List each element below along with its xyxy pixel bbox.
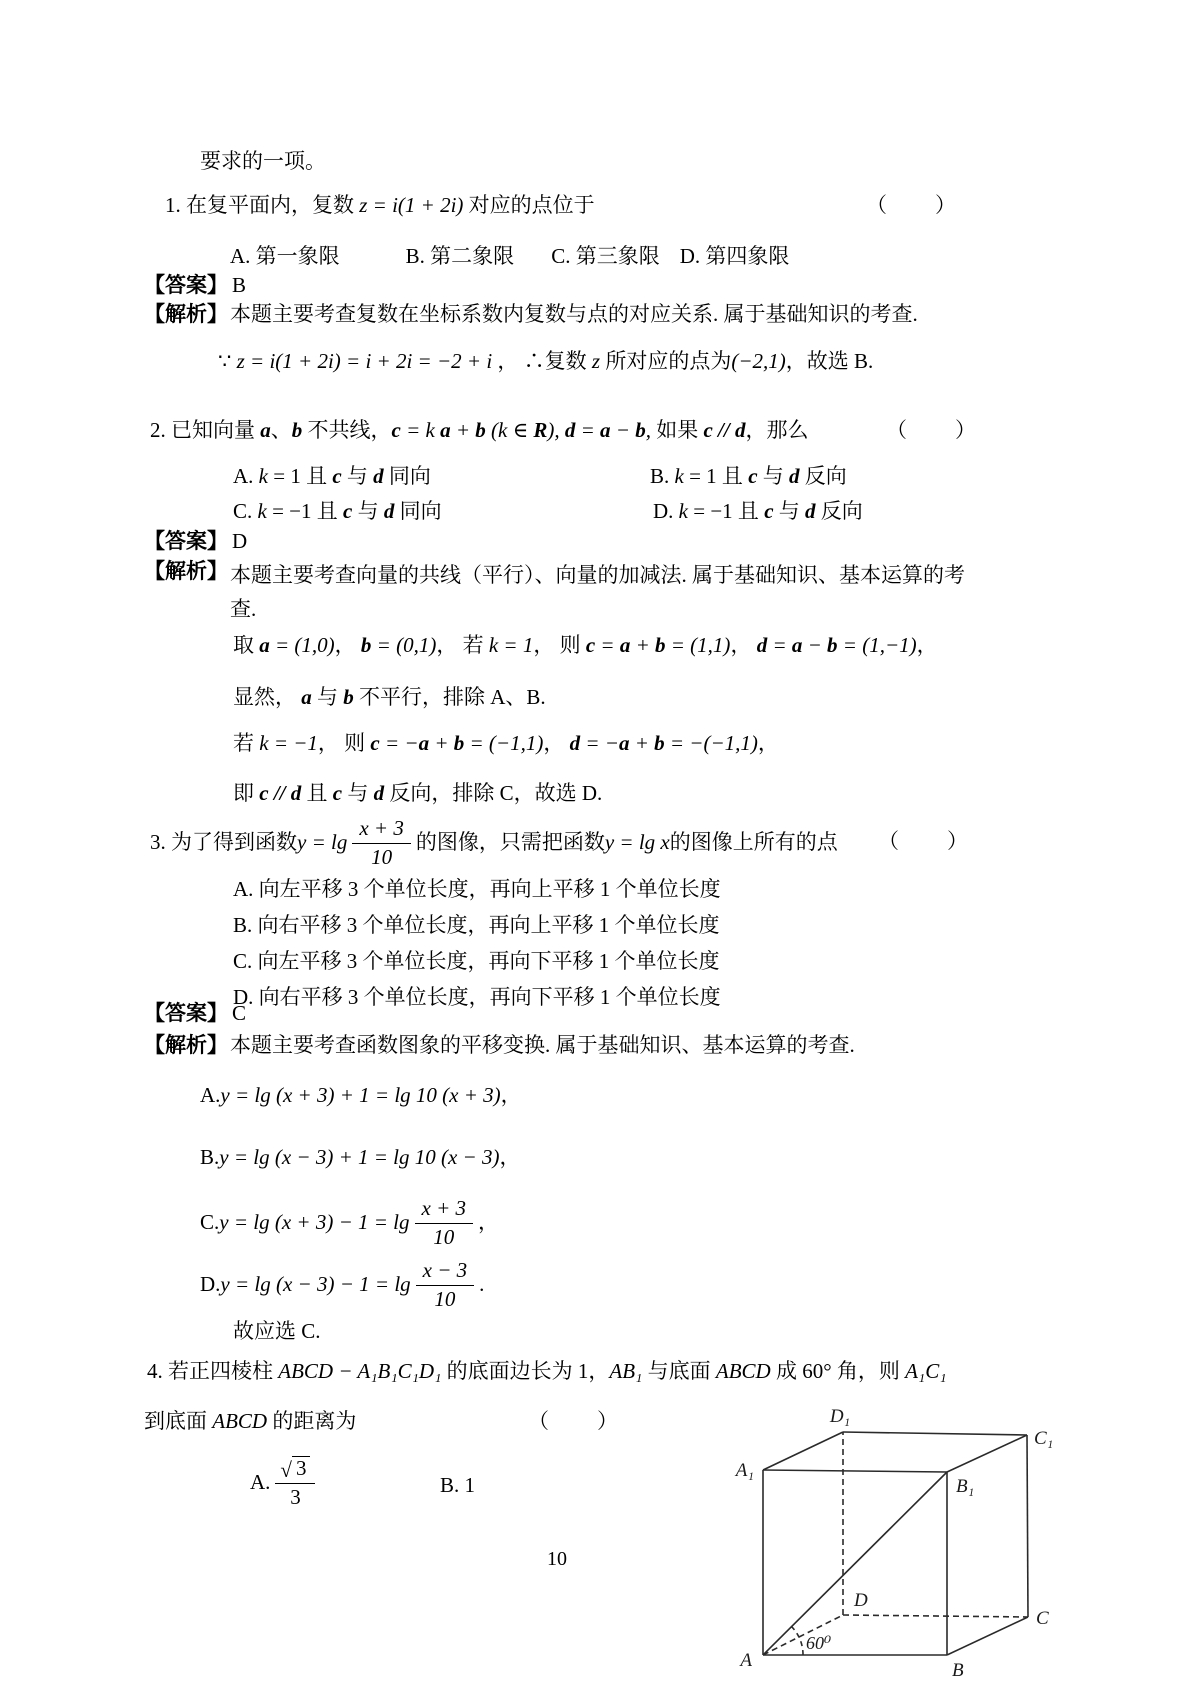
q4-answer-bracket: （ ）: [528, 1408, 620, 1435]
q2-analysis-label: 【解析】: [144, 558, 228, 626]
q2-option-a: A. k = 1 且 c 与 d 同向: [233, 463, 431, 490]
cube-edge-a1b1: [763, 1470, 947, 1472]
cube-edge-cc1: [1027, 1435, 1028, 1617]
intro-text: 要求的一项。: [200, 148, 326, 175]
q3-option-c: C. 向左平移 3 个单位长度，再向下平移 1 个单位长度: [233, 948, 720, 975]
q1-analysis-text: 本题主要考查复数在坐标系数内复数与点的对应关系. 属于基础知识的考查.: [230, 301, 918, 328]
q3-answer-bracket: （ ）: [878, 828, 970, 855]
q3-analysis-text: 本题主要考查函数图象的平移变换. 属于基础知识、基本运算的考查.: [230, 1032, 855, 1059]
cube-edge-bc: [947, 1617, 1028, 1655]
q3-option-b: B. 向右平移 3 个单位长度，再向上平移 1 个单位长度: [233, 912, 720, 939]
vertex-label-c: C: [1036, 1608, 1049, 1629]
q4-option-b: B. 1: [440, 1472, 475, 1499]
q3-analysis-row: 【解析】本题主要考查函数图象的平移变换. 属于基础知识、基本运算的考查.: [144, 1032, 855, 1059]
vertex-label-a1: A₁: [734, 1460, 754, 1481]
q1-answer-label: 【答案】: [144, 273, 228, 297]
q2-analysis-row: 【解析】本题主要考查向量的共线（平行）、向量的加减法. 属于基础知识、基本运算的…: [144, 558, 980, 626]
q1-option-a: A. 第一象限: [230, 243, 340, 270]
vertex-label-b: B: [952, 1660, 964, 1681]
q3-analysis-label: 【解析】: [144, 1032, 228, 1059]
vertex-label-d: D: [853, 1590, 868, 1611]
vertex-label-d1: D₁: [829, 1406, 850, 1427]
q3-stem: 3. 为了得到函数 y = lg x + 310 的图像，只需把函数 y = l…: [150, 812, 838, 874]
q2-answer-value: D: [232, 529, 247, 553]
q3-work-line-d: D. y = lg (x − 3) − 1 = lg x − 310 .: [200, 1253, 484, 1317]
q1-option-b: B. 第二象限: [406, 243, 515, 270]
q1-analysis-label: 【解析】: [144, 301, 228, 328]
cube-edge-b1c1: [947, 1435, 1027, 1472]
q1-answer-bracket: （ ）: [866, 192, 958, 219]
q3-option-d: D. 向右平移 3 个单位长度，再向下平移 1 个单位长度: [233, 984, 721, 1011]
q2-option-b: B. k = 1 且 c 与 d 反向: [650, 463, 847, 490]
q4-stem-line-2: 到底面 ABCD 的距离为: [144, 1408, 356, 1435]
q2-option-d: D. k = −1 且 c 与 d 反向: [653, 498, 863, 525]
q3-work-line-a: A. y = lg (x + 3) + 1 = lg 10 (x + 3) ，: [200, 1076, 522, 1116]
q3-conclusion: 故应选 C.: [233, 1318, 321, 1345]
q2-work-line-2: 显然， a 与 b 不平行，排除 A、B.: [233, 684, 546, 711]
q1-options-row: A. 第一象限B. 第二象限C. 第三象限D. 第四象限: [230, 243, 789, 270]
q3-work-line-b: B. y = lg (x − 3) + 1 = lg 10 (x − 3)，: [200, 1138, 520, 1178]
q2-work-line-1: 取 a = (1,0)， b = (0,1)， 若 k = 1， 则 c = a…: [233, 632, 938, 659]
q2-answer-row: 【答案】D: [144, 528, 247, 555]
q1-answer-row: 【答案】B: [144, 272, 246, 299]
q1-answer-value: B: [232, 273, 246, 297]
q3-answer-label: 【答案】: [144, 1001, 228, 1025]
q3-option-a: A. 向左平移 3 个单位长度，再向上平移 1 个单位长度: [233, 876, 721, 903]
cube-figure: D₁ A₁ B₁ C₁ D A B C 60⁰: [680, 1300, 1070, 1698]
q1-work-line: ∵ z = i(1 + 2i) = i + 2i = −2 + i ， ∴复数 …: [218, 348, 873, 375]
exam-page: { "intro": [{"s":"cn","v":"要求的一项。"}], "p…: [0, 0, 1200, 1698]
q3-answer-row: 【答案】C: [144, 1000, 246, 1027]
q3-work-line-c: C. y = lg (x + 3) − 1 = lg x + 310 ，: [200, 1191, 499, 1255]
angle-label-60: 60⁰: [806, 1633, 831, 1653]
vertex-label-b1: B₁: [956, 1476, 974, 1497]
cube-edge-dc-hidden: [843, 1615, 1028, 1617]
q2-work-line-3: 若 k = −1， 则 c = −a + b = (−1,1)， d = −a …: [233, 730, 779, 757]
cube-diagonal-ab1: [763, 1472, 947, 1655]
page-number: 10: [547, 1548, 567, 1571]
vertex-label-c1: C₁: [1034, 1428, 1053, 1449]
q3-answer-value: C: [232, 1001, 246, 1025]
q1-option-c: C. 第三象限: [551, 243, 660, 270]
q4-option-a: A. √33: [250, 1451, 320, 1515]
q2-analysis-text: 本题主要考查向量的共线（平行）、向量的加减法. 属于基础知识、基本运算的考查.: [230, 558, 980, 626]
cube-edge-c1d1: [843, 1432, 1027, 1435]
q1-option-d: D. 第四象限: [680, 243, 790, 270]
q1-stem: 1. 在复平面内，复数 z = i(1 + 2i) 对应的点位于: [165, 192, 595, 219]
q2-work-line-4: 即 c // d 且 c 与 d 反向，排除 C，故选 D.: [233, 780, 602, 807]
q2-option-c: C. k = −1 且 c 与 d 同向: [233, 498, 442, 525]
q2-answer-bracket: （ ）: [886, 417, 978, 444]
cube-edge-d1a1: [763, 1432, 843, 1470]
vertex-label-a: A: [738, 1650, 752, 1671]
q2-stem: 2. 已知向量 a、b 不共线，c = k a + b (k ∈ R), d =…: [150, 417, 808, 444]
q2-answer-label: 【答案】: [144, 529, 228, 553]
q1-analysis-row: 【解析】本题主要考查复数在坐标系数内复数与点的对应关系. 属于基础知识的考查.: [144, 301, 918, 328]
